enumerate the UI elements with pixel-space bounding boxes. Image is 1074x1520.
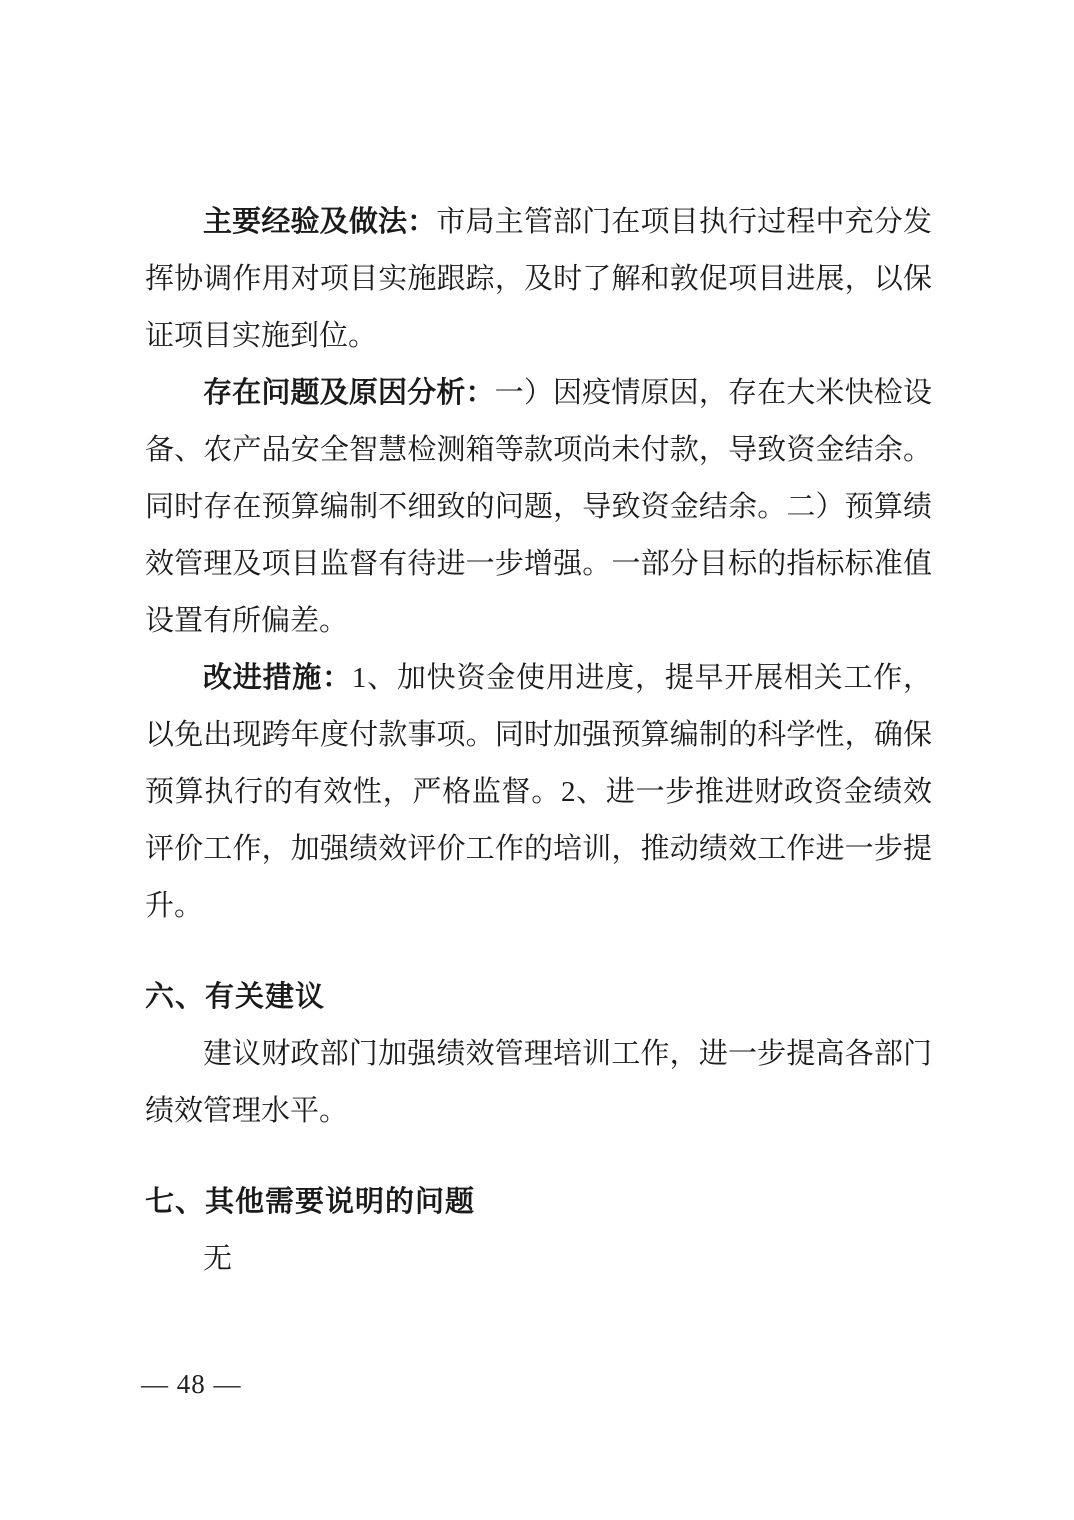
paragraph-problems-analysis-text: 一）因疫情原因，存在大米快检设备、农产品安全智慧检测箱等款项尚未付款，导致资金结… — [145, 377, 932, 637]
paragraph-problems-analysis-lead: 存在问题及原因分析： — [203, 377, 495, 409]
paragraph-main-experience-lead: 主要经验及做法： — [203, 206, 436, 238]
page-number: — 48 — — [141, 1368, 242, 1400]
paragraph-improvement-measures-text: 1、加快资金使用进度，提早开展相关工作，以免出现跨年度付款事项。同时加强预算编制… — [145, 662, 932, 922]
paragraph-problems-analysis: 存在问题及原因分析：一）因疫情原因，存在大米快检设备、农产品安全智慧检测箱等款项… — [145, 365, 932, 650]
paragraph-improvement-measures: 改进措施：1、加快资金使用进度，提早开展相关工作，以免出现跨年度付款事项。同时加… — [145, 650, 932, 935]
document-content: 主要经验及做法：市局主管部门在项目执行过程中充分发挥协调作用对项目实施跟踪，及时… — [145, 194, 932, 1288]
section-body-suggestions: 建议财政部门加强绩效管理培训工作，进一步提高各部门绩效管理水平。 — [145, 1026, 932, 1140]
section-heading-suggestions: 六、有关建议 — [145, 969, 932, 1026]
paragraph-improvement-measures-lead: 改进措施： — [203, 662, 352, 694]
section-heading-other-issues: 七、其他需要说明的问题 — [145, 1174, 932, 1231]
paragraph-main-experience: 主要经验及做法：市局主管部门在项目执行过程中充分发挥协调作用对项目实施跟踪，及时… — [145, 194, 932, 365]
document-page: 主要经验及做法：市局主管部门在项目执行过程中充分发挥协调作用对项目实施跟踪，及时… — [0, 0, 1074, 1520]
section-body-other-issues: 无 — [145, 1231, 932, 1288]
